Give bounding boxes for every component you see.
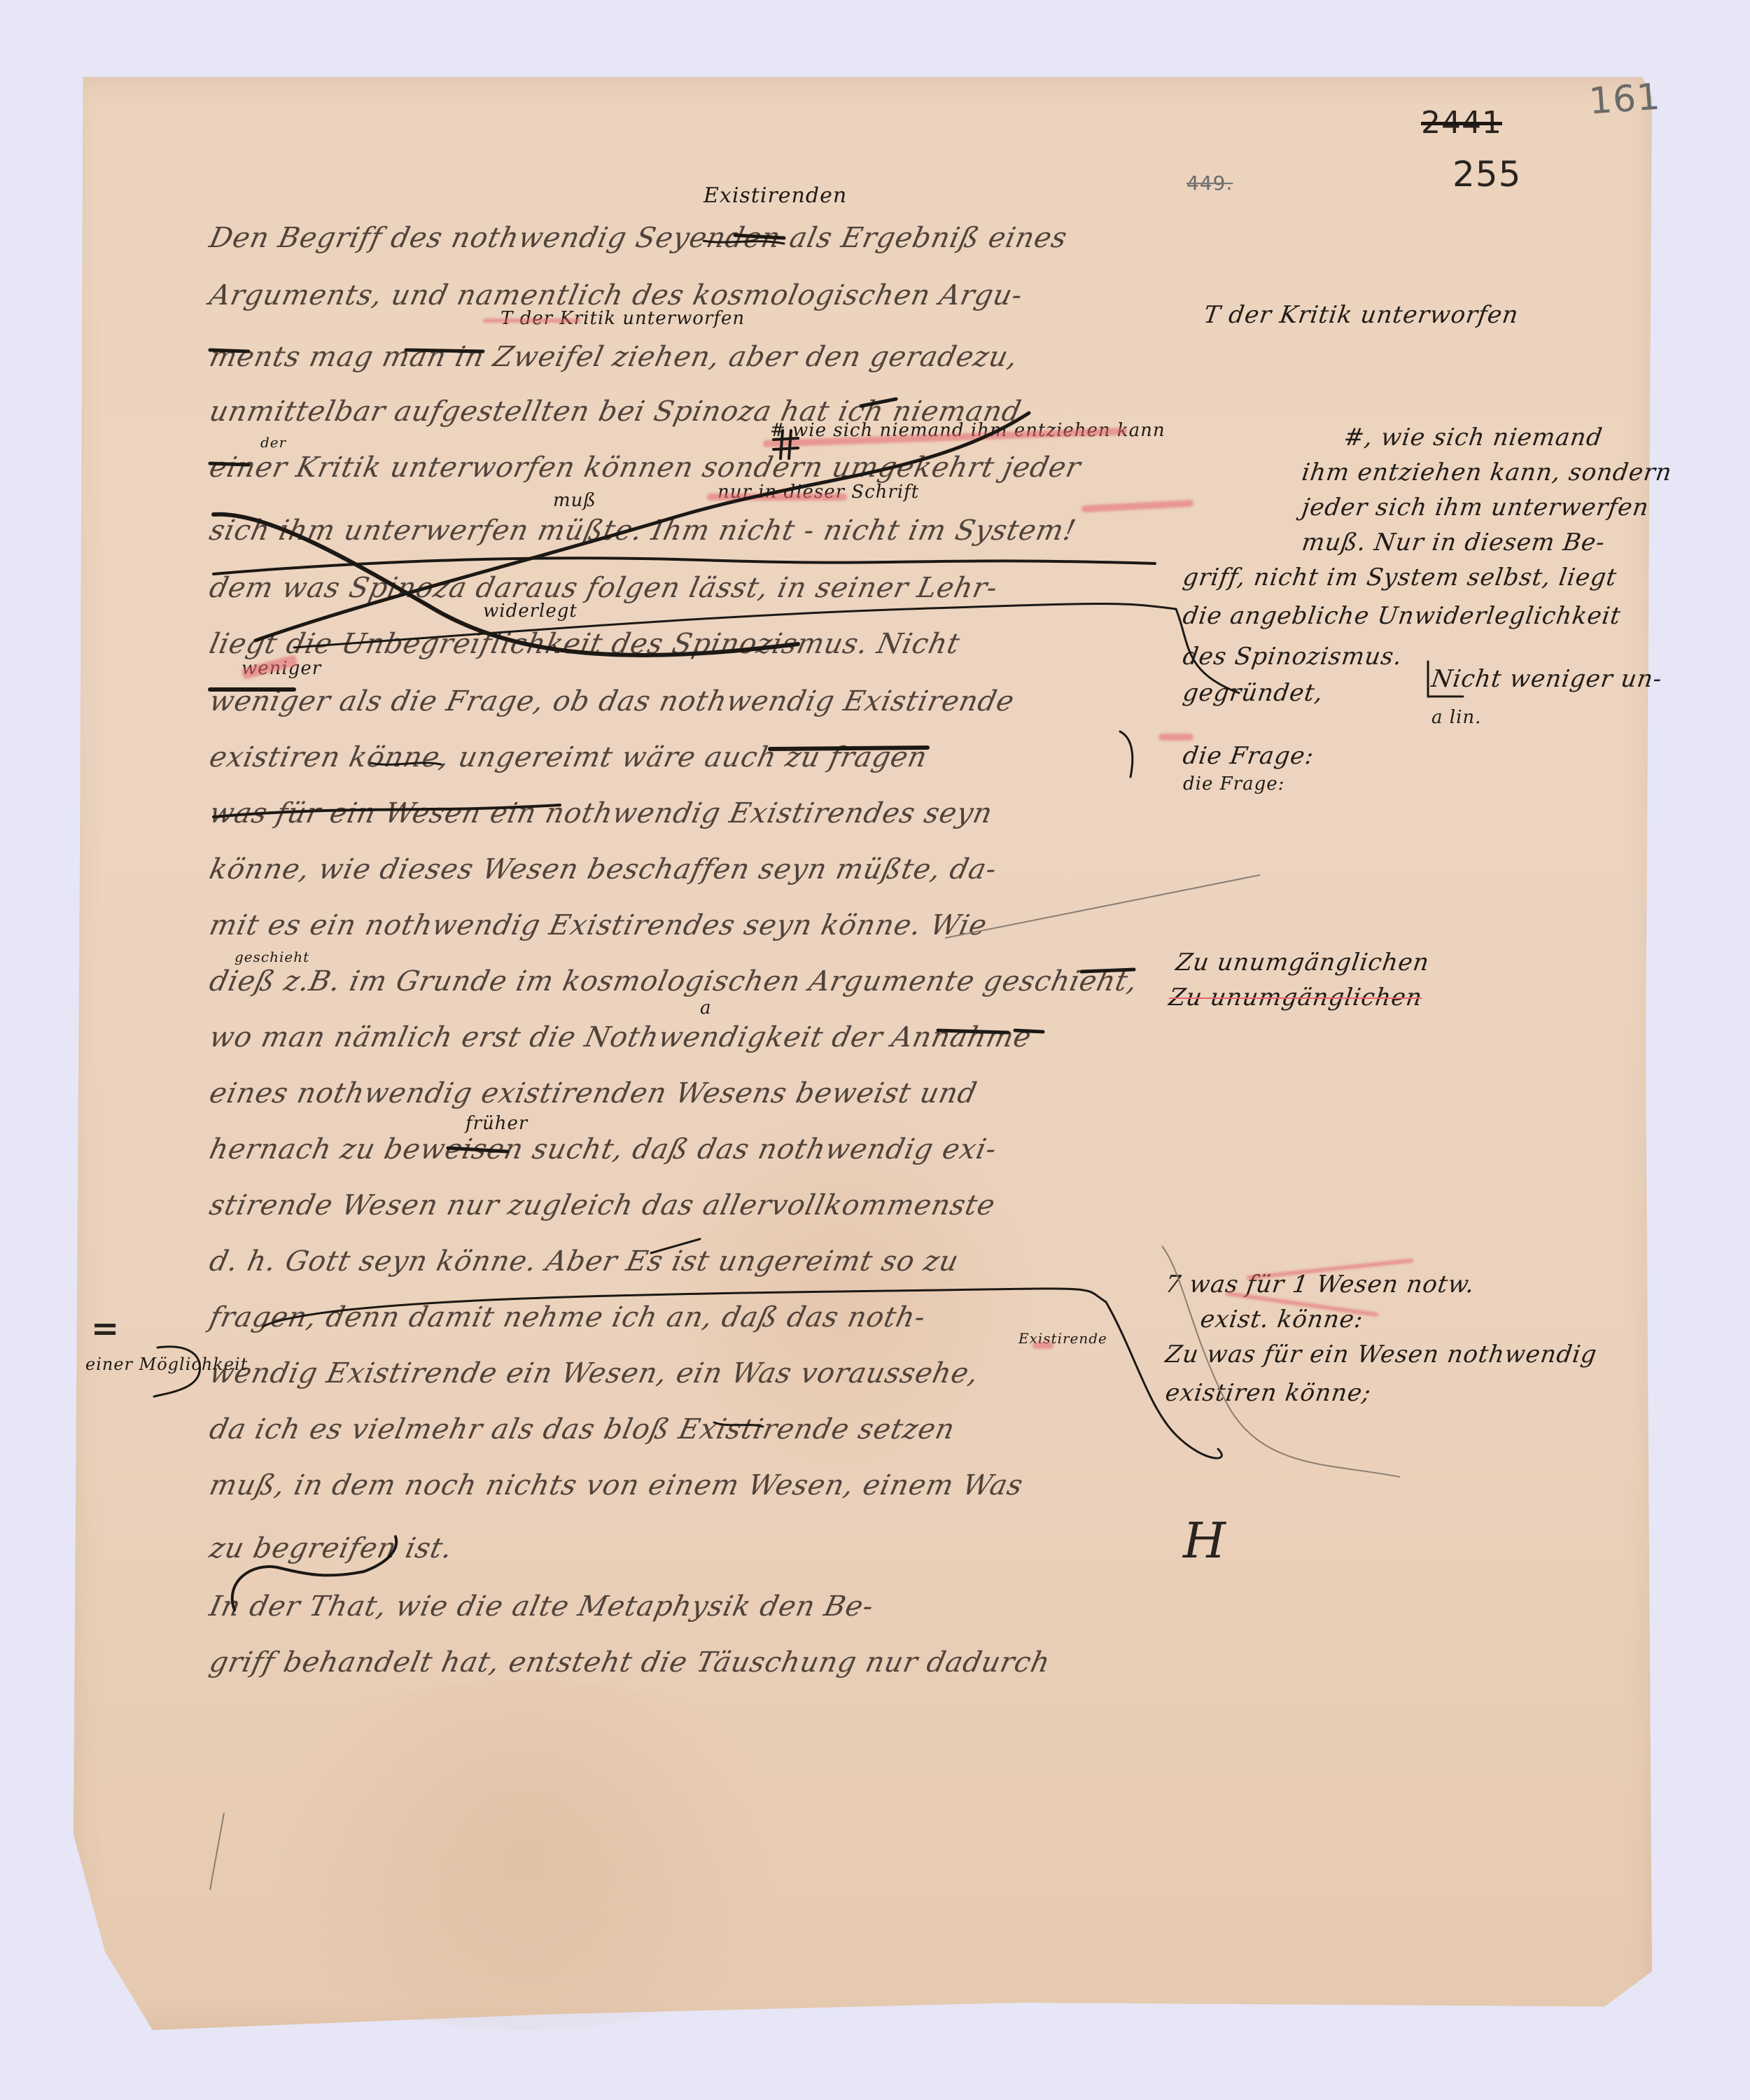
margin-note-equals: = [91,1309,120,1348]
margin-note-cross-mark: H [1183,1512,1226,1569]
text-line-12: könne, wie dieses Wesen beschaffen seyn … [207,855,1000,883]
interlinear-der: der [260,434,286,451]
folio-struck-small-number: 449. [1186,171,1233,195]
margin-note-was-fuer-1: 7 was für 1 Wesen notw. [1163,1270,1476,1298]
interlinear-existirenden: Existirenden [703,183,847,208]
folio-page-number: 255 [1452,154,1521,195]
text-line-22: da ich es vielmehr als das bloß Existire… [207,1415,958,1443]
margin-note-hash-line-4: muß. Nur in diesem Be- [1300,528,1606,556]
text-line-24: zu begreifen ist. [207,1534,456,1562]
text-line-11: was für ein Wesen ein nothwendig Existir… [207,799,995,827]
interlinear-frueher: früher [465,1113,528,1134]
margin-note-hash-line-1: #, wie sich niemand [1342,423,1604,451]
folio-pencil-number: 161 [1588,76,1662,123]
red-pencil-mark [707,493,847,500]
red-pencil-mark [483,318,581,323]
text-line-6: sich ihm unterwerfen müßte. Ihm nicht - … [207,517,1079,545]
text-line-2: Arguments, und namentlich des kosmologis… [207,281,1025,309]
margin-note-die-frage: die Frage: [1181,742,1316,770]
red-pencil-mark [1158,734,1193,741]
margin-note-hash-line-2: ihm entziehen kann, sondern [1300,458,1674,486]
margin-note-was-fuer-4: existiren könne; [1163,1379,1373,1407]
margin-note-hash-line-8: gegründet, [1181,679,1325,707]
text-line-8: liegt die Unbegreiflichkeit des Spinozis… [207,630,962,658]
margin-note-hash-line-3: jeder sich ihm unterwerfen [1300,493,1651,521]
text-line-16: eines nothwendig existirenden Wesens bew… [207,1079,980,1107]
text-line-20: fragen, denn damit nehme ich an, daß das… [207,1303,928,1331]
margin-note-hash-line-6: die angebliche Unwiderleglichkeit [1181,602,1623,630]
text-line-23: muß, in dem noch nichts von einem Wesen,… [207,1471,1025,1499]
text-line-21: wendig Existirende ein Wesen, ein Was vo… [207,1359,981,1387]
margin-note-kritik: T der Kritik unterworfen [1202,301,1520,329]
text-line-5: einer Kritik unterworfen können sondern … [207,454,1084,482]
margin-note-die-frage-2: die Frage: [1183,773,1284,794]
interlinear-widerlegt: widerlegt [483,601,577,622]
text-line-13: mit es ein nothwendig Existirendes seyn … [207,911,990,939]
margin-note-unumgaenglich-1: Zu unumgänglichen [1174,948,1431,976]
margin-note-was-fuer-3: Zu was für ein Wesen nothwendig [1163,1340,1599,1368]
text-line-26: griff behandelt hat, entsteht die Täusch… [207,1648,1053,1676]
text-line-10: existiren könne, ungereimt wäre auch zu … [207,743,930,771]
text-line-7: dem was Spinoza daraus folgen lässt, in … [207,574,1000,602]
margin-note-moeglichkeit: einer Möglichkeit [85,1354,248,1374]
interlinear-existirende: Existirende [1018,1330,1107,1347]
margin-note-hash-line-5: griff, nicht im System selbst, liegt [1181,563,1618,591]
paper-stain [210,1680,840,2030]
text-line-1: Den Begriff des nothwendig Seyenden als … [207,224,1070,252]
margin-note-hash-line-7: des Spinozismus. [1181,643,1404,671]
text-line-17: hernach zu beweisen sucht, daß das nothw… [207,1135,1000,1163]
text-line-14: dieß z.B. im Grunde im kosmologischen Ar… [207,967,1140,995]
margin-note-unumgaenglich-2: Zu unumgänglichen [1167,983,1424,1011]
text-line-3: ments mag man in Zweifel ziehen, aber de… [207,343,1021,371]
interlinear-a: a [700,997,712,1018]
folio-struck-number: 2441 [1421,105,1502,141]
red-pencil-mark [1032,1342,1053,1349]
text-line-18: stirende Wesen nur zugleich das allervol… [207,1191,998,1219]
text-line-19: d. h. Gott seyn könne. Aber Es ist unger… [207,1247,962,1275]
margin-note-a-lin: a lin. [1431,707,1481,728]
text-line-15: wo man nämlich erst die Nothwendigkeit d… [207,1023,1035,1051]
interlinear-geschieht: geschieht [234,948,309,965]
interlinear-muss: muß [553,490,596,511]
text-line-25: In der That, wie die alte Metaphysik den… [207,1592,876,1620]
text-line-9: weniger als die Frage, ob das nothwendig… [207,687,1017,715]
margin-note-nicht-weniger: Nicht weniger un- [1429,665,1664,693]
